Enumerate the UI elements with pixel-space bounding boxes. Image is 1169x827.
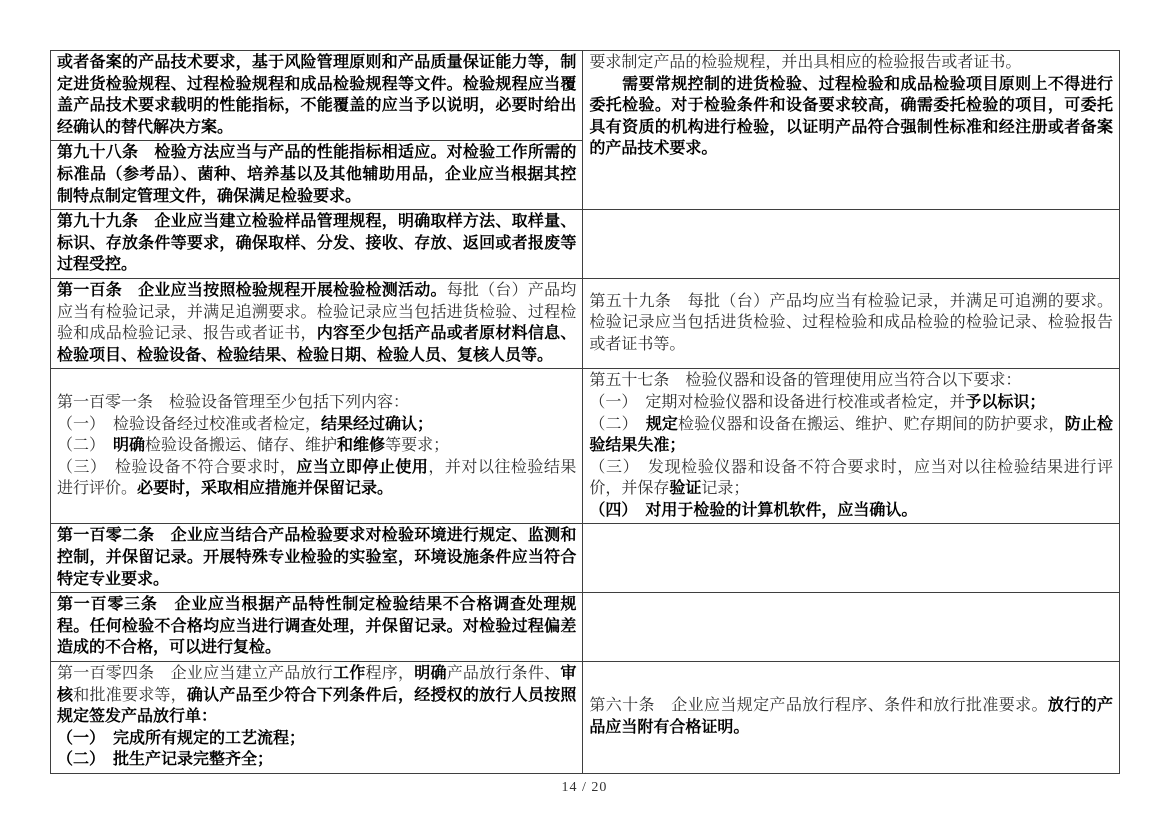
paragraph: （一） 定期对检验仪器和设备进行校准或者检定，并予以标识； <box>589 392 1113 414</box>
page-number: 14 / 20 <box>0 780 1169 796</box>
table-cell-right-row3 <box>583 210 1120 279</box>
paragraph: 第六十条 企业应当规定产品放行程序、条件和放行批准要求。放行的产品应当附有合格证… <box>589 695 1113 738</box>
paragraph: 或者备案的产品技术要求，基于风险管理原则和产品质量保证能力等，制定进货检验规程、… <box>57 52 576 138</box>
regulation-comparison-table: 或者备案的产品技术要求，基于风险管理原则和产品质量保证能力等，制定进货检验规程、… <box>50 50 1120 774</box>
paragraph: 第一百零四条 企业应当建立产品放行工作程序，明确产品放行条件、审核和批准要求等，… <box>57 663 576 728</box>
table-cell-left-row3: 第九十九条 企业应当建立检验样品管理规程，明确取样方法、取样量、标识、存放条件等… <box>51 210 583 279</box>
table-row-5: 第一百零一条 检验设备管理至少包括下列内容：（一） 检验设备经过校准或者检定，结… <box>51 369 1120 524</box>
paragraph: 第一百零一条 检验设备管理至少包括下列内容： <box>57 392 576 414</box>
table-row-1: 或者备案的产品技术要求，基于风险管理原则和产品质量保证能力等，制定进货检验规程、… <box>51 51 1120 141</box>
paragraph: 第九十九条 企业应当建立检验样品管理规程，明确取样方法、取样量、标识、存放条件等… <box>57 211 576 276</box>
table-cell-right-row7 <box>583 593 1120 662</box>
paragraph: 要求制定产品的检验规程，并出具相应的检验报告或者证书。 <box>589 52 1113 74</box>
paragraph: （一） 完成所有规定的工艺流程； <box>57 728 576 750</box>
paragraph: （三） 发现检验仪器和设备不符合要求时，应当对以往检验结果进行评价，并保存验证记… <box>589 457 1113 500</box>
paragraph: （一） 检验设备经过校准或者检定，结果经过确认； <box>57 414 576 436</box>
paragraph: 第五十七条 检验仪器和设备的管理使用应当符合以下要求： <box>589 370 1113 392</box>
table-cell-left-row1: 或者备案的产品技术要求，基于风险管理原则和产品质量保证能力等，制定进货检验规程、… <box>51 51 583 141</box>
table-row-6: 第一百零二条 企业应当结合产品检验要求对检验环境进行规定、监测和控制，并保留记录… <box>51 524 1120 593</box>
paragraph: 第一百零三条 企业应当根据产品特性制定检验结果不合格调查处理规程。任何检验不合格… <box>57 594 576 659</box>
paragraph: 第五十九条 每批（台）产品均应当有检验记录，并满足可追溯的要求。检验记录应当包括… <box>589 291 1113 356</box>
table-row-4: 第一百条 企业应当按照检验规程开展检验检测活动。每批（台）产品均应当有检验记录，… <box>51 278 1120 368</box>
table-cell-right-row6 <box>583 524 1120 593</box>
table-cell-right-row4: 第五十九条 每批（台）产品均应当有检验记录，并满足可追溯的要求。检验记录应当包括… <box>583 278 1120 368</box>
table-row-3: 第九十九条 企业应当建立检验样品管理规程，明确取样方法、取样量、标识、存放条件等… <box>51 210 1120 279</box>
table-cell-right-row1: 要求制定产品的检验规程，并出具相应的检验报告或者证书。 需要常规控制的进货检验、… <box>583 51 1120 210</box>
document-page: 或者备案的产品技术要求，基于风险管理原则和产品质量保证能力等，制定进货检验规程、… <box>0 0 1169 827</box>
paragraph: 第一百零二条 企业应当结合产品检验要求对检验环境进行规定、监测和控制，并保留记录… <box>57 525 576 590</box>
table-cell-left-row8: 第一百零四条 企业应当建立产品放行工作程序，明确产品放行条件、审核和批准要求等，… <box>51 662 583 774</box>
table-cell-right-row8: 第六十条 企业应当规定产品放行程序、条件和放行批准要求。放行的产品应当附有合格证… <box>583 662 1120 774</box>
paragraph: （三） 检验设备不符合要求时，应当立即停止使用，并对以往检验结果进行评价。必要时… <box>57 457 576 500</box>
table-cell-left-row4: 第一百条 企业应当按照检验规程开展检验检测活动。每批（台）产品均应当有检验记录，… <box>51 278 583 368</box>
paragraph: 第一百条 企业应当按照检验规程开展检验检测活动。每批（台）产品均应当有检验记录，… <box>57 280 576 366</box>
paragraph: 需要常规控制的进货检验、过程检验和成品检验项目原则上不得进行委托检验。对于检验条… <box>589 74 1113 160</box>
paragraph: （二） 规定检验仪器和设备在搬运、维护、贮存期间的防护要求，防止检验结果失准； <box>589 414 1113 457</box>
paragraph: （四） 对用于检验的计算机软件，应当确认。 <box>589 500 1113 522</box>
table-cell-left-row2: 第九十八条 检验方法应当与产品的性能指标相适应。对检验工作所需的标准品（参考品）… <box>51 141 583 210</box>
paragraph: （二） 批生产记录完整齐全； <box>57 749 576 771</box>
table-cell-left-row6: 第一百零二条 企业应当结合产品检验要求对检验环境进行规定、监测和控制，并保留记录… <box>51 524 583 593</box>
table-cell-right-row5: 第五十七条 检验仪器和设备的管理使用应当符合以下要求：（一） 定期对检验仪器和设… <box>583 369 1120 524</box>
table-cell-left-row5: 第一百零一条 检验设备管理至少包括下列内容：（一） 检验设备经过校准或者检定，结… <box>51 369 583 524</box>
table-cell-left-row7: 第一百零三条 企业应当根据产品特性制定检验结果不合格调查处理规程。任何检验不合格… <box>51 593 583 662</box>
paragraph: 第九十八条 检验方法应当与产品的性能指标相适应。对检验工作所需的标准品（参考品）… <box>57 142 576 207</box>
table-row-8: 第一百零四条 企业应当建立产品放行工作程序，明确产品放行条件、审核和批准要求等，… <box>51 662 1120 774</box>
table-row-7: 第一百零三条 企业应当根据产品特性制定检验结果不合格调查处理规程。任何检验不合格… <box>51 593 1120 662</box>
paragraph: （二） 明确检验设备搬运、储存、维护和维修等要求； <box>57 435 576 457</box>
